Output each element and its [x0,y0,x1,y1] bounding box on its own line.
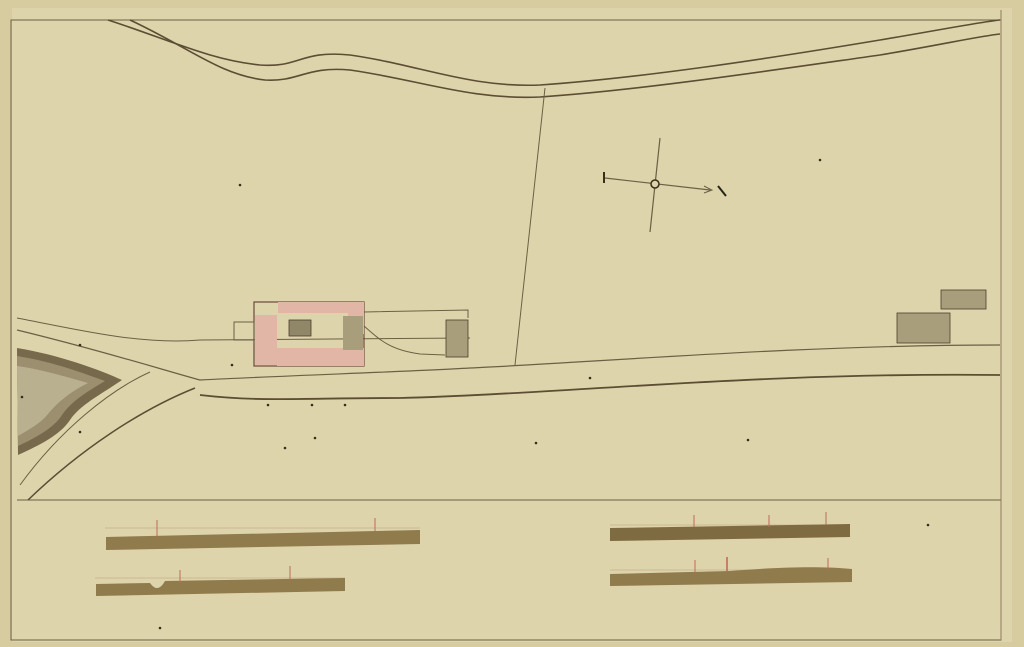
map-sheet: i. [0,0,1024,647]
map-drawing [0,0,1024,647]
